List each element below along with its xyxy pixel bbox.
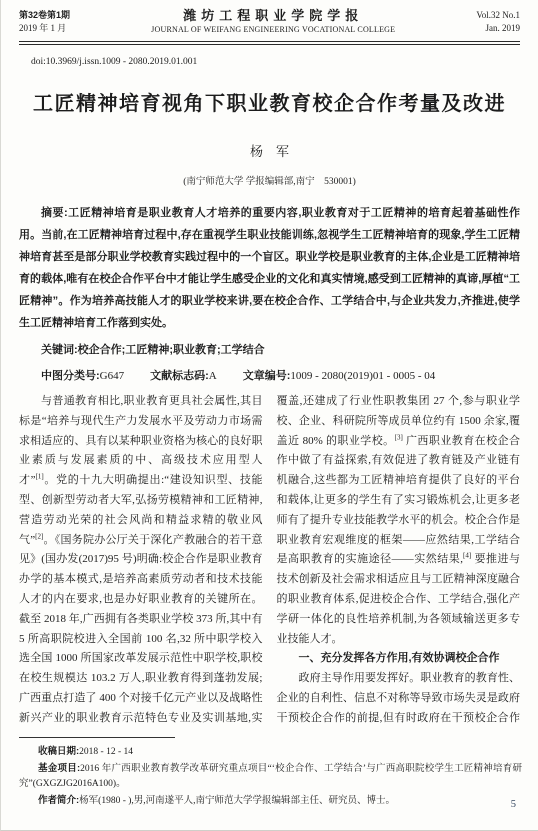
article-id-value: 1009 - 2080(2019)01 - 0005 - 04 — [290, 370, 435, 382]
body-columns: 与普通教育相比,职业教育更具社会属性,其目标是“培养与现代生产力发展水平及劳动力… — [19, 392, 520, 730]
received-date-value: 2018 - 12 - 14 — [79, 747, 133, 757]
journal-title-en: JOURNAL OF WEIFANG ENGINEERING VOCATIONA… — [70, 23, 476, 36]
paragraph-1-text-a: 与普通教育相比,职业教育更具社会属性,其目标是“培养与现代生产力发展水平及劳动力… — [19, 395, 263, 486]
date-cn: 2019 年 1 月 — [19, 22, 70, 35]
article-title: 工匠精神培育视角下职业教育校企合作考量及改进 — [19, 91, 520, 117]
article-id-label: 文章编号: — [243, 370, 291, 382]
citation-ref-3: [3] — [395, 433, 403, 441]
author-name: 杨 军 — [19, 141, 520, 160]
footnote-divider — [19, 737, 175, 738]
header-double-rule — [19, 41, 520, 45]
paragraph-1: 与普通教育相比,职业教育更具社会属性,其目标是“培养与现代生产力发展水平及劳动力… — [19, 392, 263, 730]
author-bio-text: 杨军(1980 - ),男,河南遂平人,南宁师范大学学报编辑部主任、研究员、博士… — [79, 796, 395, 806]
author-affiliation: (南宁师范大学 学报编辑部,南宁 530001) — [19, 173, 520, 187]
paragraph-2: 政府主导作用要发挥好。职业教育的教育性、企业的自利性、信息不对称等导致市场失灵是… — [277, 669, 521, 730]
doi-line: doi:10.3969/j.issn.1009 - 2080.2019.01.0… — [31, 57, 520, 67]
fund-project-label: 基金项目: — [38, 763, 80, 774]
left-column: 与普通教育相比,职业教育更具社会属性,其目标是“培养与现代生产力发展水平及劳动力… — [19, 392, 263, 730]
paragraph-1-continued: 覆盖,还建成了行业性职教集团 27 个,参与职业学校、企业、科研院所等成员单位约… — [277, 392, 521, 649]
header-center: 潍坊工程职业学院学报 JOURNAL OF WEIFANG ENGINEERIN… — [70, 8, 476, 36]
classification-row: 中图分类号:G647文献标志码:A文章编号:1009 - 2080(2019)0… — [19, 367, 520, 383]
section-heading-1: 一、充分发挥各方作用,有效协调校企合作 — [277, 649, 521, 669]
author-bio-label: 作者简介: — [38, 795, 79, 806]
volume-issue-cn: 第32卷第1期 — [19, 9, 70, 22]
paragraph-1-text-c: 。《国务院办公厅关于深化产教融合的若干意见》(国办发(2017)95 号)明确:… — [19, 534, 263, 730]
citation-ref-4: [4] — [463, 552, 471, 560]
received-date-line: 收稿日期:2018 - 12 - 14 — [19, 744, 522, 761]
paragraph-1-text-e: 广西职业教育在校企合作中做了有益探索,有效促进了教育链及产业链有机融合,这些都为… — [277, 435, 521, 566]
doc-code-label: 文献标志码: — [150, 370, 209, 382]
footnotes-block: 收稿日期:2018 - 12 - 14 基金项目:2016 年广西职业教育教学改… — [19, 744, 522, 809]
citation-ref-1: [1] — [36, 473, 44, 481]
abstract-text: 摘要:工匠精神培育是职业教育人才培养的重要内容,职业教育对于工匠精神的培育起着基… — [19, 202, 520, 334]
paragraph-1-text-f: 要推进与技术创新及社会需求相适应且与工匠精神深度融合的职业教育体系,促进校企合作… — [277, 553, 521, 644]
clc-label: 中图分类号: — [41, 370, 100, 382]
journal-header: 第32卷第1期 2019 年 1 月 潍坊工程职业学院学报 JOURNAL OF… — [19, 8, 520, 36]
page-number: 5 — [511, 799, 516, 810]
header-right: Vol.32 No.1 Jan. 2019 — [476, 9, 520, 35]
right-column: 覆盖,还建成了行业性职教集团 27 个,参与职业学校、企业、科研院所等成员单位约… — [277, 392, 521, 730]
journal-page: 第32卷第1期 2019 年 1 月 潍坊工程职业学院学报 JOURNAL OF… — [0, 0, 538, 831]
received-date-label: 收稿日期: — [38, 746, 79, 757]
clc-value: G647 — [100, 370, 124, 382]
author-bio-line: 作者简介:杨军(1980 - ),男,河南遂平人,南宁师范大学学报编辑部主任、研… — [19, 793, 522, 810]
header-left: 第32卷第1期 2019 年 1 月 — [19, 9, 70, 35]
keywords-line: 关键词:校企合作;工匠精神;职业教育;工学结合 — [19, 341, 520, 357]
fund-project-line: 基金项目:2016 年广西职业教育教学改革研究重点项目“‘校企合作、工学结合’与… — [19, 761, 522, 793]
journal-title-cn: 潍坊工程职业学院学报 — [70, 8, 476, 23]
fund-project-text: 2016 年广西职业教育教学改革研究重点项目“‘校企合作、工学结合’与广西高职院… — [19, 764, 522, 790]
volume-issue-en: Vol.32 No.1 — [476, 9, 520, 22]
date-en: Jan. 2019 — [476, 22, 520, 35]
doc-code-value: A — [209, 370, 217, 382]
